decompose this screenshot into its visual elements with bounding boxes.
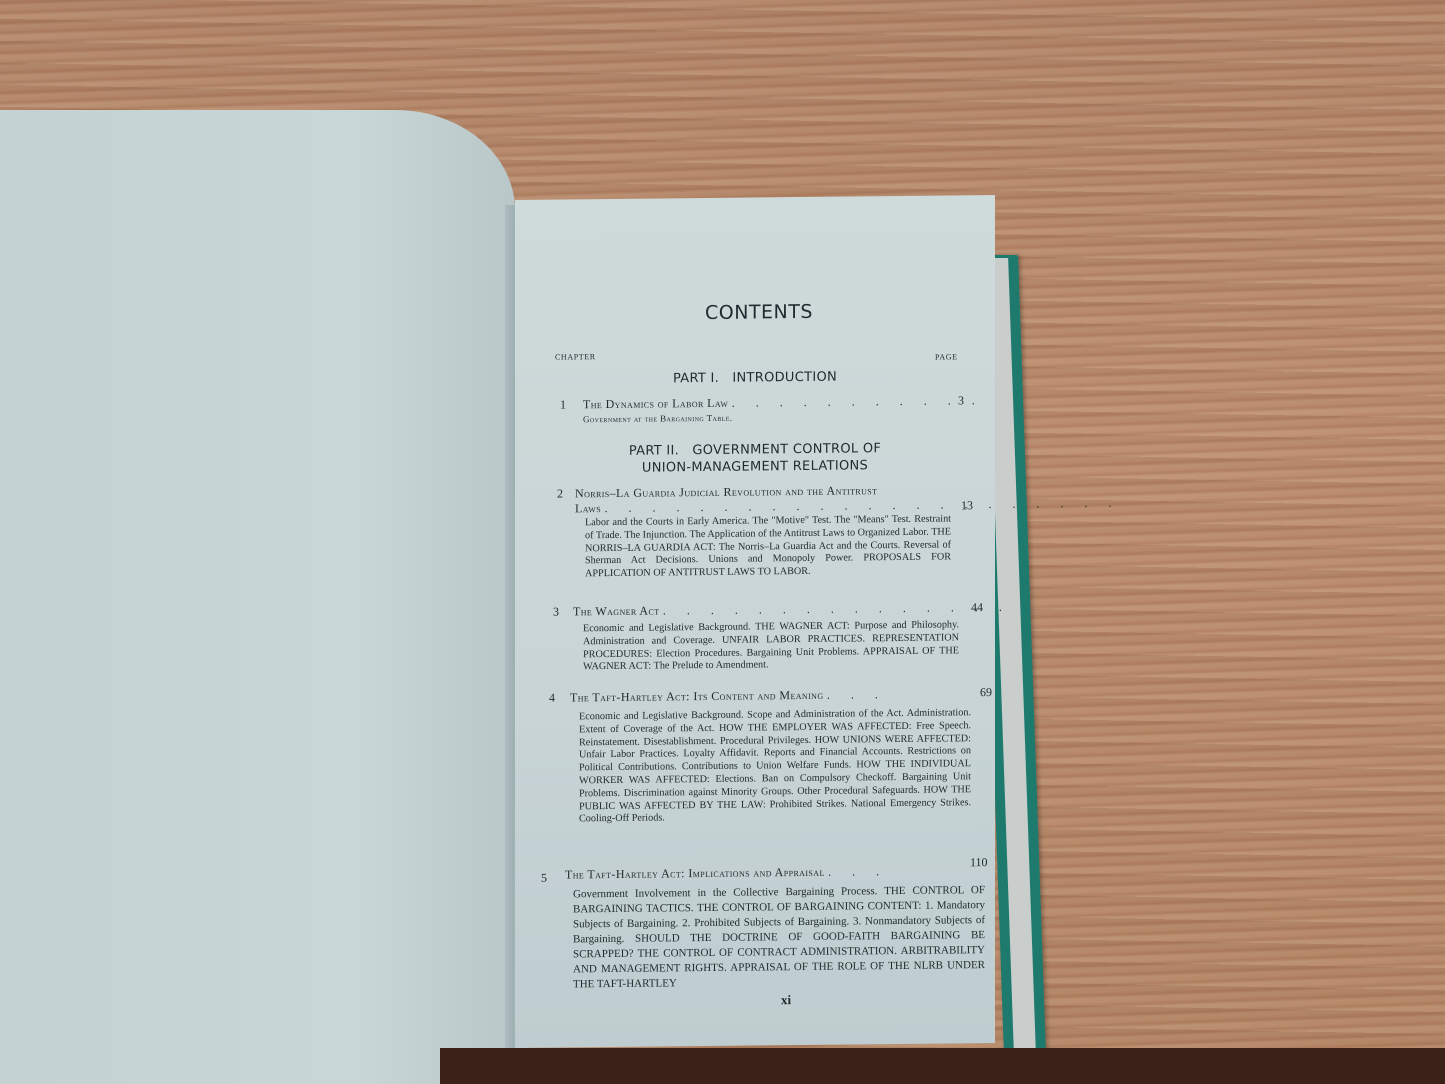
chapter-title: The Wagner Act . . . . . . . . . . . . .… [573,600,1011,620]
chapter-description: Economic and Legislative Background. Sco… [579,707,971,826]
left-page-blank [0,110,515,1084]
page-title: CONTENTS [705,301,813,324]
table-shadow [440,1048,1445,1084]
contents-page: CONTENTS CHAPTER PAGE PART I. INTRODUCTI… [515,195,995,1048]
chapter-title: The Taft-Hartley Act: Its Content and Me… [570,687,887,705]
chapter-column-label: CHAPTER [555,352,596,361]
chapter-description: Government at the Bargaining Table. [583,412,732,426]
chapter-page-number: 110 [970,855,988,870]
chapter-description: Economic and Legislative Background. THE… [583,619,959,674]
chapter-title-text: Laws [575,501,601,515]
chapter-title-text: The Dynamics of Labor Law [583,396,728,412]
chapter-page-number: 44 [971,600,983,615]
part-heading-1: PART I. INTRODUCTION [515,367,995,389]
dot-leader: . . . . . . . . . . . [732,393,984,410]
chapter-number: 5 [541,871,547,886]
chapter-title: The Taft-Hartley Act: Implications and A… [565,864,888,882]
chapter-description: Labor and the Courts in Early America. T… [585,513,951,581]
page-column-label: PAGE [935,352,958,361]
chapter-number: 2 [557,486,563,501]
chapter-title: The Dynamics of Labor Law . . . . . . . … [583,393,984,412]
chapter-page-number: 3 [958,393,964,408]
chapter-title-text: The Taft-Hartley Act: Its Content and Me… [570,688,824,705]
chapter-page-number: 69 [980,685,992,700]
chapter-title-text: The Taft-Hartley Act: Implications and A… [565,865,825,882]
part-heading-2-line2: UNION-MANAGEMENT RELATIONS [515,456,995,478]
chapter-number: 3 [553,605,559,620]
dot-leader: . . . [828,864,888,879]
chapter-description: Government Involvement in the Collective… [573,883,985,992]
chapter-title-text: The Wagner Act [573,603,660,618]
dot-leader: . . . [827,687,887,702]
dot-leader: . . . . . . . . . . . . . . . [663,600,1011,618]
chapter-page-number: 13 [961,498,973,513]
chapter-number: 4 [549,691,555,706]
page-folio: xi [781,992,791,1008]
chapter-number: 1 [560,397,566,412]
